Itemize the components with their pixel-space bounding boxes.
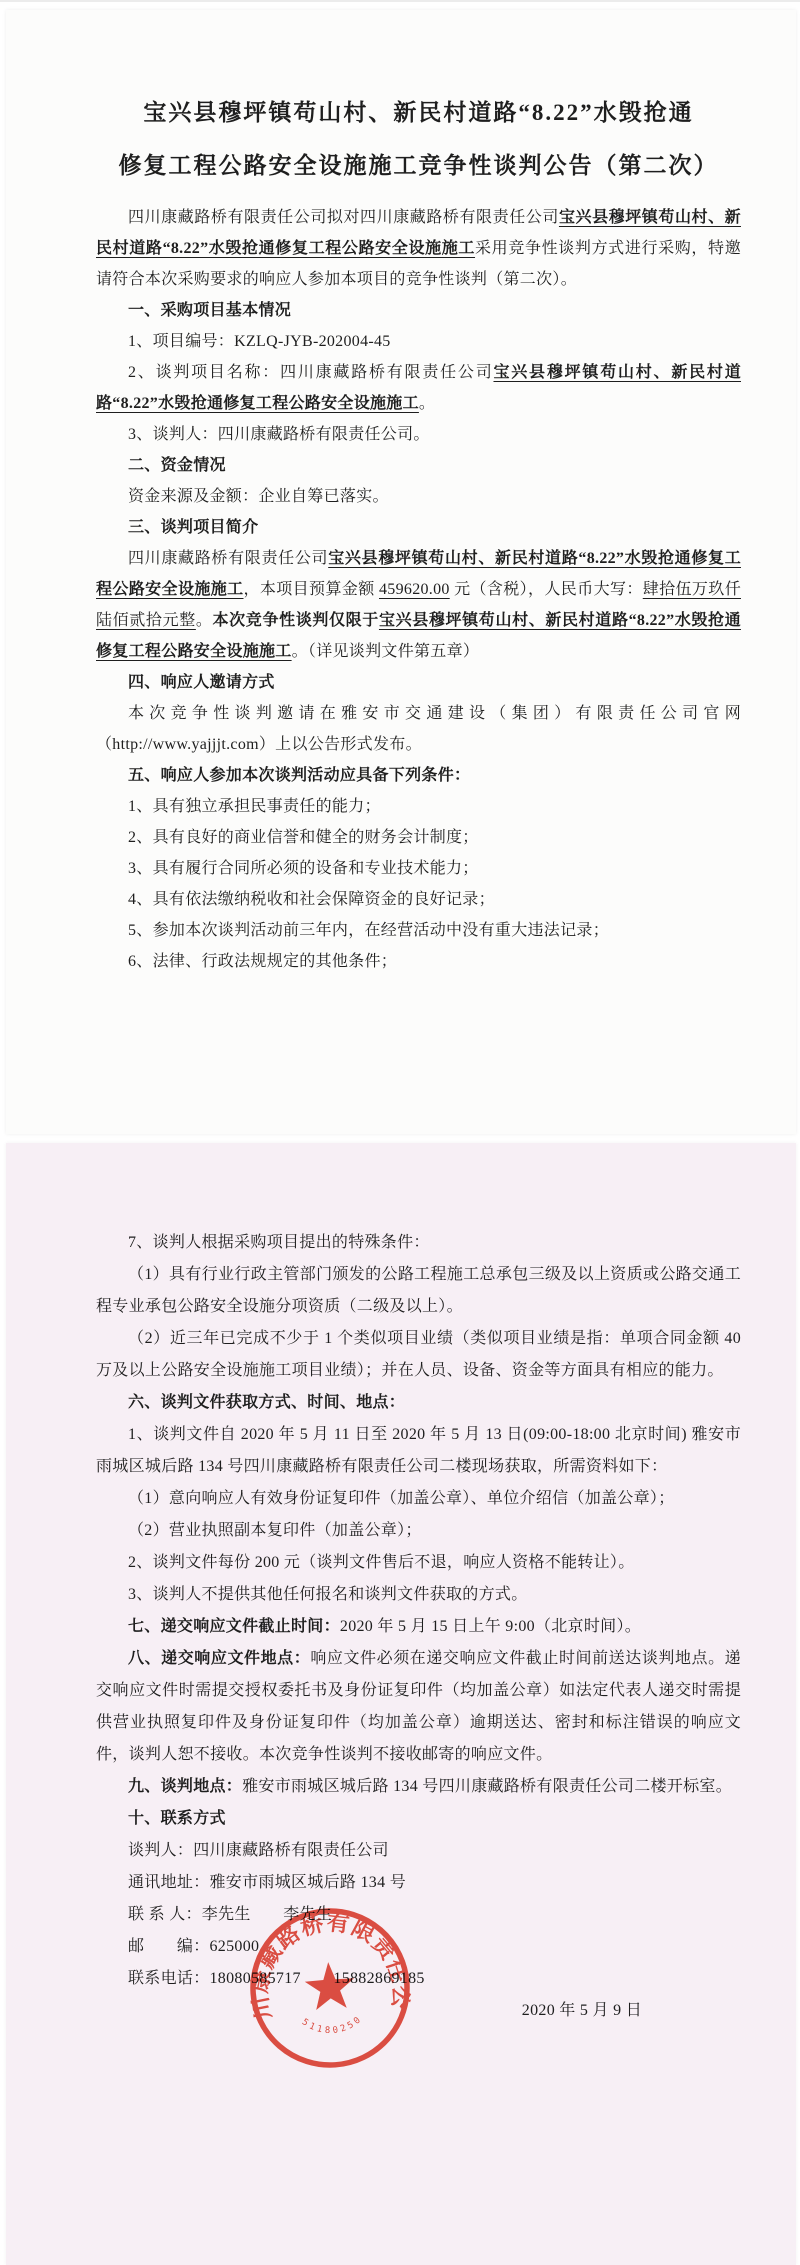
paragraph: 四川康藏路桥有限责任公司宝兴县穆坪镇苟山村、新民村道路“8.22”水毁抢通修复工… bbox=[96, 543, 741, 667]
text-run: 四川康藏路桥有限责任公司 bbox=[128, 550, 328, 567]
paragraph: 邮 编：625000 bbox=[96, 1931, 741, 1963]
text-run: 6、法律、行政法规规定的其他条件； bbox=[128, 953, 397, 970]
paragraph: 3、具有履行合同所必须的设备和专业技术能力； bbox=[96, 853, 741, 884]
paragraph: （2）营业执照副本复印件（加盖公章）； bbox=[96, 1515, 741, 1547]
text-run: 联 系 人：李先生 李先生 bbox=[128, 1906, 332, 1923]
text-run: 1、具有独立承担民事责任的能力； bbox=[128, 798, 381, 815]
paragraph: 资金来源及金额：企业自筹已落实。 bbox=[96, 481, 741, 512]
paragraph: 5、参加本次谈判活动前三年内，在经营活动中没有重大违法记录； bbox=[96, 915, 741, 946]
text-run: 2、谈判文件每份 200 元（谈判文件售后不退，响应人资格不能转让）。 bbox=[128, 1554, 635, 1571]
document-title-line: 修复工程公路安全设施施工竞争性谈判公告（第二次） bbox=[96, 139, 741, 192]
text-run: 7、谈判人根据采购项目提出的特殊条件： bbox=[128, 1234, 430, 1251]
text-run: （2）近三年已完成不少于 1 个类似项目业绩（类似项目业绩是指：单项合同金额 4… bbox=[96, 1330, 741, 1379]
paragraph: 3、谈判人：四川康藏路桥有限责任公司。 bbox=[96, 419, 741, 450]
paragraph: 七、递交响应文件截止时间：2020 年 5 月 15 日上午 9:00（北京时间… bbox=[96, 1611, 741, 1643]
text-run: 五、响应人参加本次谈判活动应具备下列条件： bbox=[128, 767, 470, 784]
text-run: 二、资金情况 bbox=[128, 457, 226, 474]
paragraph: （1）具有行业行政主管部门颁发的公路工程施工总承包三级及以上资质或公路交通工程专… bbox=[96, 1259, 741, 1323]
paragraph: 谈判人：四川康藏路桥有限责任公司 bbox=[96, 1835, 741, 1867]
section-heading: 十、联系方式 bbox=[96, 1803, 741, 1835]
paragraph: 四川康藏路桥有限责任公司拟对四川康藏路桥有限责任公司宝兴县穆坪镇苟山村、新民村道… bbox=[96, 202, 741, 295]
text-run: 八、递交响应文件地点： bbox=[128, 1650, 310, 1667]
date-line: 2020 年 5 月 9 日 bbox=[96, 1995, 741, 2027]
text-run: （1）具有行业行政主管部门颁发的公路工程施工总承包三级及以上资质或公路交通工程专… bbox=[96, 1266, 741, 1315]
text-run: 四、响应人邀请方式 bbox=[128, 674, 275, 691]
page-2-content: 7、谈判人根据采购项目提出的特殊条件：（1）具有行业行政主管部门颁发的公路工程施… bbox=[96, 1227, 741, 2027]
page-1: 宝兴县穆坪镇苟山村、新民村道路“8.22”水毁抢通修复工程公路安全设施施工竞争性… bbox=[6, 10, 796, 1134]
text-run: 一、采购项目基本情况 bbox=[128, 302, 291, 319]
paragraph: （1）意向响应人有效身份证复印件（加盖公章）、单位介绍信（加盖公章）； bbox=[96, 1483, 741, 1515]
text-run: 本次竞争性谈判仅限于 bbox=[213, 612, 379, 629]
paragraph: 1、谈判文件自 2020 年 5 月 11 日至 2020 年 5 月 13 日… bbox=[96, 1419, 741, 1483]
text-run: ，本项目预算金额 bbox=[244, 581, 380, 598]
text-run: 3、谈判人不提供其他任何报名和谈判文件获取的方式。 bbox=[128, 1586, 528, 1603]
paragraph: 本次竞争性谈判邀请在雅安市交通建设（集团）有限责任公司官网（http://www… bbox=[96, 698, 741, 760]
text-run: 3、具有履行合同所必须的设备和专业技术能力； bbox=[128, 860, 479, 877]
paragraph: 通讯地址：雅安市雨城区城后路 134 号 bbox=[96, 1867, 741, 1899]
text-run: 元（含税），人民币大写： bbox=[450, 581, 643, 598]
text-run: （1）意向响应人有效身份证复印件（加盖公章）、单位介绍信（加盖公章）； bbox=[128, 1490, 675, 1507]
text-run: 通讯地址：雅安市雨城区城后路 134 号 bbox=[128, 1874, 406, 1891]
text-run: 本次竞争性谈判邀请在雅安市交通建设（集团）有限责任公司官网（http://www… bbox=[96, 705, 741, 753]
text-run: 459620.00 bbox=[379, 581, 450, 598]
page-1-content: 宝兴县穆坪镇苟山村、新民村道路“8.22”水毁抢通修复工程公路安全设施施工竞争性… bbox=[96, 86, 741, 977]
text-run: 修复工程公路安全设施施工竞争性谈判公告（第二次） bbox=[119, 153, 719, 178]
text-run: 联系电话：18080585717 15882869185 bbox=[128, 1970, 425, 1987]
paragraph: 联 系 人：李先生 李先生 bbox=[96, 1899, 741, 1931]
paragraph: 2、具有良好的商业信誉和健全的财务会计制度； bbox=[96, 822, 741, 853]
paragraph: 6、法律、行政法规规定的其他条件； bbox=[96, 946, 741, 977]
paragraph: （2）近三年已完成不少于 1 个类似项目业绩（类似项目业绩是指：单项合同金额 4… bbox=[96, 1323, 741, 1387]
document-title-line: 宝兴县穆坪镇苟山村、新民村道路“8.22”水毁抢通 bbox=[96, 86, 741, 139]
text-run: 雅安市雨城区城后路 134 号四川康藏路桥有限责任公司二楼开标室。 bbox=[242, 1778, 732, 1795]
paragraph: 九、谈判地点：雅安市雨城区城后路 134 号四川康藏路桥有限责任公司二楼开标室。 bbox=[96, 1771, 741, 1803]
text-run: 。 bbox=[419, 395, 435, 412]
text-run: 2、谈判项目名称：四川康藏路桥有限责任公司 bbox=[128, 364, 493, 381]
text-run: 2020 年 5 月 9 日 bbox=[522, 2002, 642, 2019]
paragraph: 3、谈判人不提供其他任何报名和谈判文件获取的方式。 bbox=[96, 1579, 741, 1611]
text-run: 七、递交响应文件截止时间： bbox=[128, 1618, 340, 1635]
text-run: 六、谈判文件获取方式、时间、地点： bbox=[128, 1394, 405, 1411]
text-run: 三、谈判项目简介 bbox=[128, 519, 258, 536]
section-heading: 五、响应人参加本次谈判活动应具备下列条件： bbox=[96, 760, 741, 791]
text-run: 。 bbox=[196, 612, 213, 629]
text-run: 谈判人：四川康藏路桥有限责任公司 bbox=[128, 1842, 389, 1859]
section-heading: 四、响应人邀请方式 bbox=[96, 667, 741, 698]
text-run: 2、具有良好的商业信誉和健全的财务会计制度； bbox=[128, 829, 479, 846]
text-run: 1、项目编号：KZLQ-JYB-202004-45 bbox=[128, 333, 391, 350]
page-2: 7、谈判人根据采购项目提出的特殊条件：（1）具有行业行政主管部门颁发的公路工程施… bbox=[6, 1143, 796, 2265]
paragraph: 4、具有依法缴纳税收和社会保障资金的良好记录； bbox=[96, 884, 741, 915]
text-run: 宝兴县穆坪镇苟山村、新民村道路“8.22”水毁抢通 bbox=[143, 100, 693, 125]
text-run: 5、参加本次谈判活动前三年内，在经营活动中没有重大违法记录； bbox=[128, 922, 609, 939]
text-run: 九、谈判地点： bbox=[128, 1778, 242, 1795]
paragraph: 联系电话：18080585717 15882869185 bbox=[96, 1963, 741, 1995]
section-heading: 二、资金情况 bbox=[96, 450, 741, 481]
paragraph: 2、谈判项目名称：四川康藏路桥有限责任公司宝兴县穆坪镇苟山村、新民村道路“8.2… bbox=[96, 357, 741, 419]
paragraph: 八、递交响应文件地点：响应文件必须在递交响应文件截止时间前送达谈判地点。递交响应… bbox=[96, 1643, 741, 1771]
section-heading: 六、谈判文件获取方式、时间、地点： bbox=[96, 1387, 741, 1419]
scanned-document: { "page1": { "blocks": [ { "style": "tit… bbox=[0, 0, 800, 2265]
text-run: 资金来源及金额：企业自筹已落实。 bbox=[128, 488, 389, 505]
text-run: （2）营业执照副本复印件（加盖公章）； bbox=[128, 1522, 422, 1539]
paragraph: 2、谈判文件每份 200 元（谈判文件售后不退，响应人资格不能转让）。 bbox=[96, 1547, 741, 1579]
text-run: 邮 编：625000 bbox=[128, 1938, 259, 1955]
text-run: 。（详见谈判文件第五章） bbox=[292, 643, 480, 660]
text-run: 4、具有依法缴纳税收和社会保障资金的良好记录； bbox=[128, 891, 495, 908]
text-run: 十、联系方式 bbox=[128, 1810, 226, 1827]
paragraph: 7、谈判人根据采购项目提出的特殊条件： bbox=[96, 1227, 741, 1259]
text-run: 3、谈判人：四川康藏路桥有限责任公司。 bbox=[128, 426, 430, 443]
text-run: 四川康藏路桥有限责任公司拟对四川康藏路桥有限责任公司 bbox=[128, 209, 559, 226]
section-heading: 三、谈判项目简介 bbox=[96, 512, 741, 543]
text-run: 2020 年 5 月 15 日上午 9:00（北京时间）。 bbox=[340, 1618, 641, 1635]
paragraph: 1、项目编号：KZLQ-JYB-202004-45 bbox=[96, 326, 741, 357]
paragraph: 1、具有独立承担民事责任的能力； bbox=[96, 791, 741, 822]
text-run: 1、谈判文件自 2020 年 5 月 11 日至 2020 年 5 月 13 日… bbox=[96, 1426, 741, 1475]
section-heading: 一、采购项目基本情况 bbox=[96, 295, 741, 326]
